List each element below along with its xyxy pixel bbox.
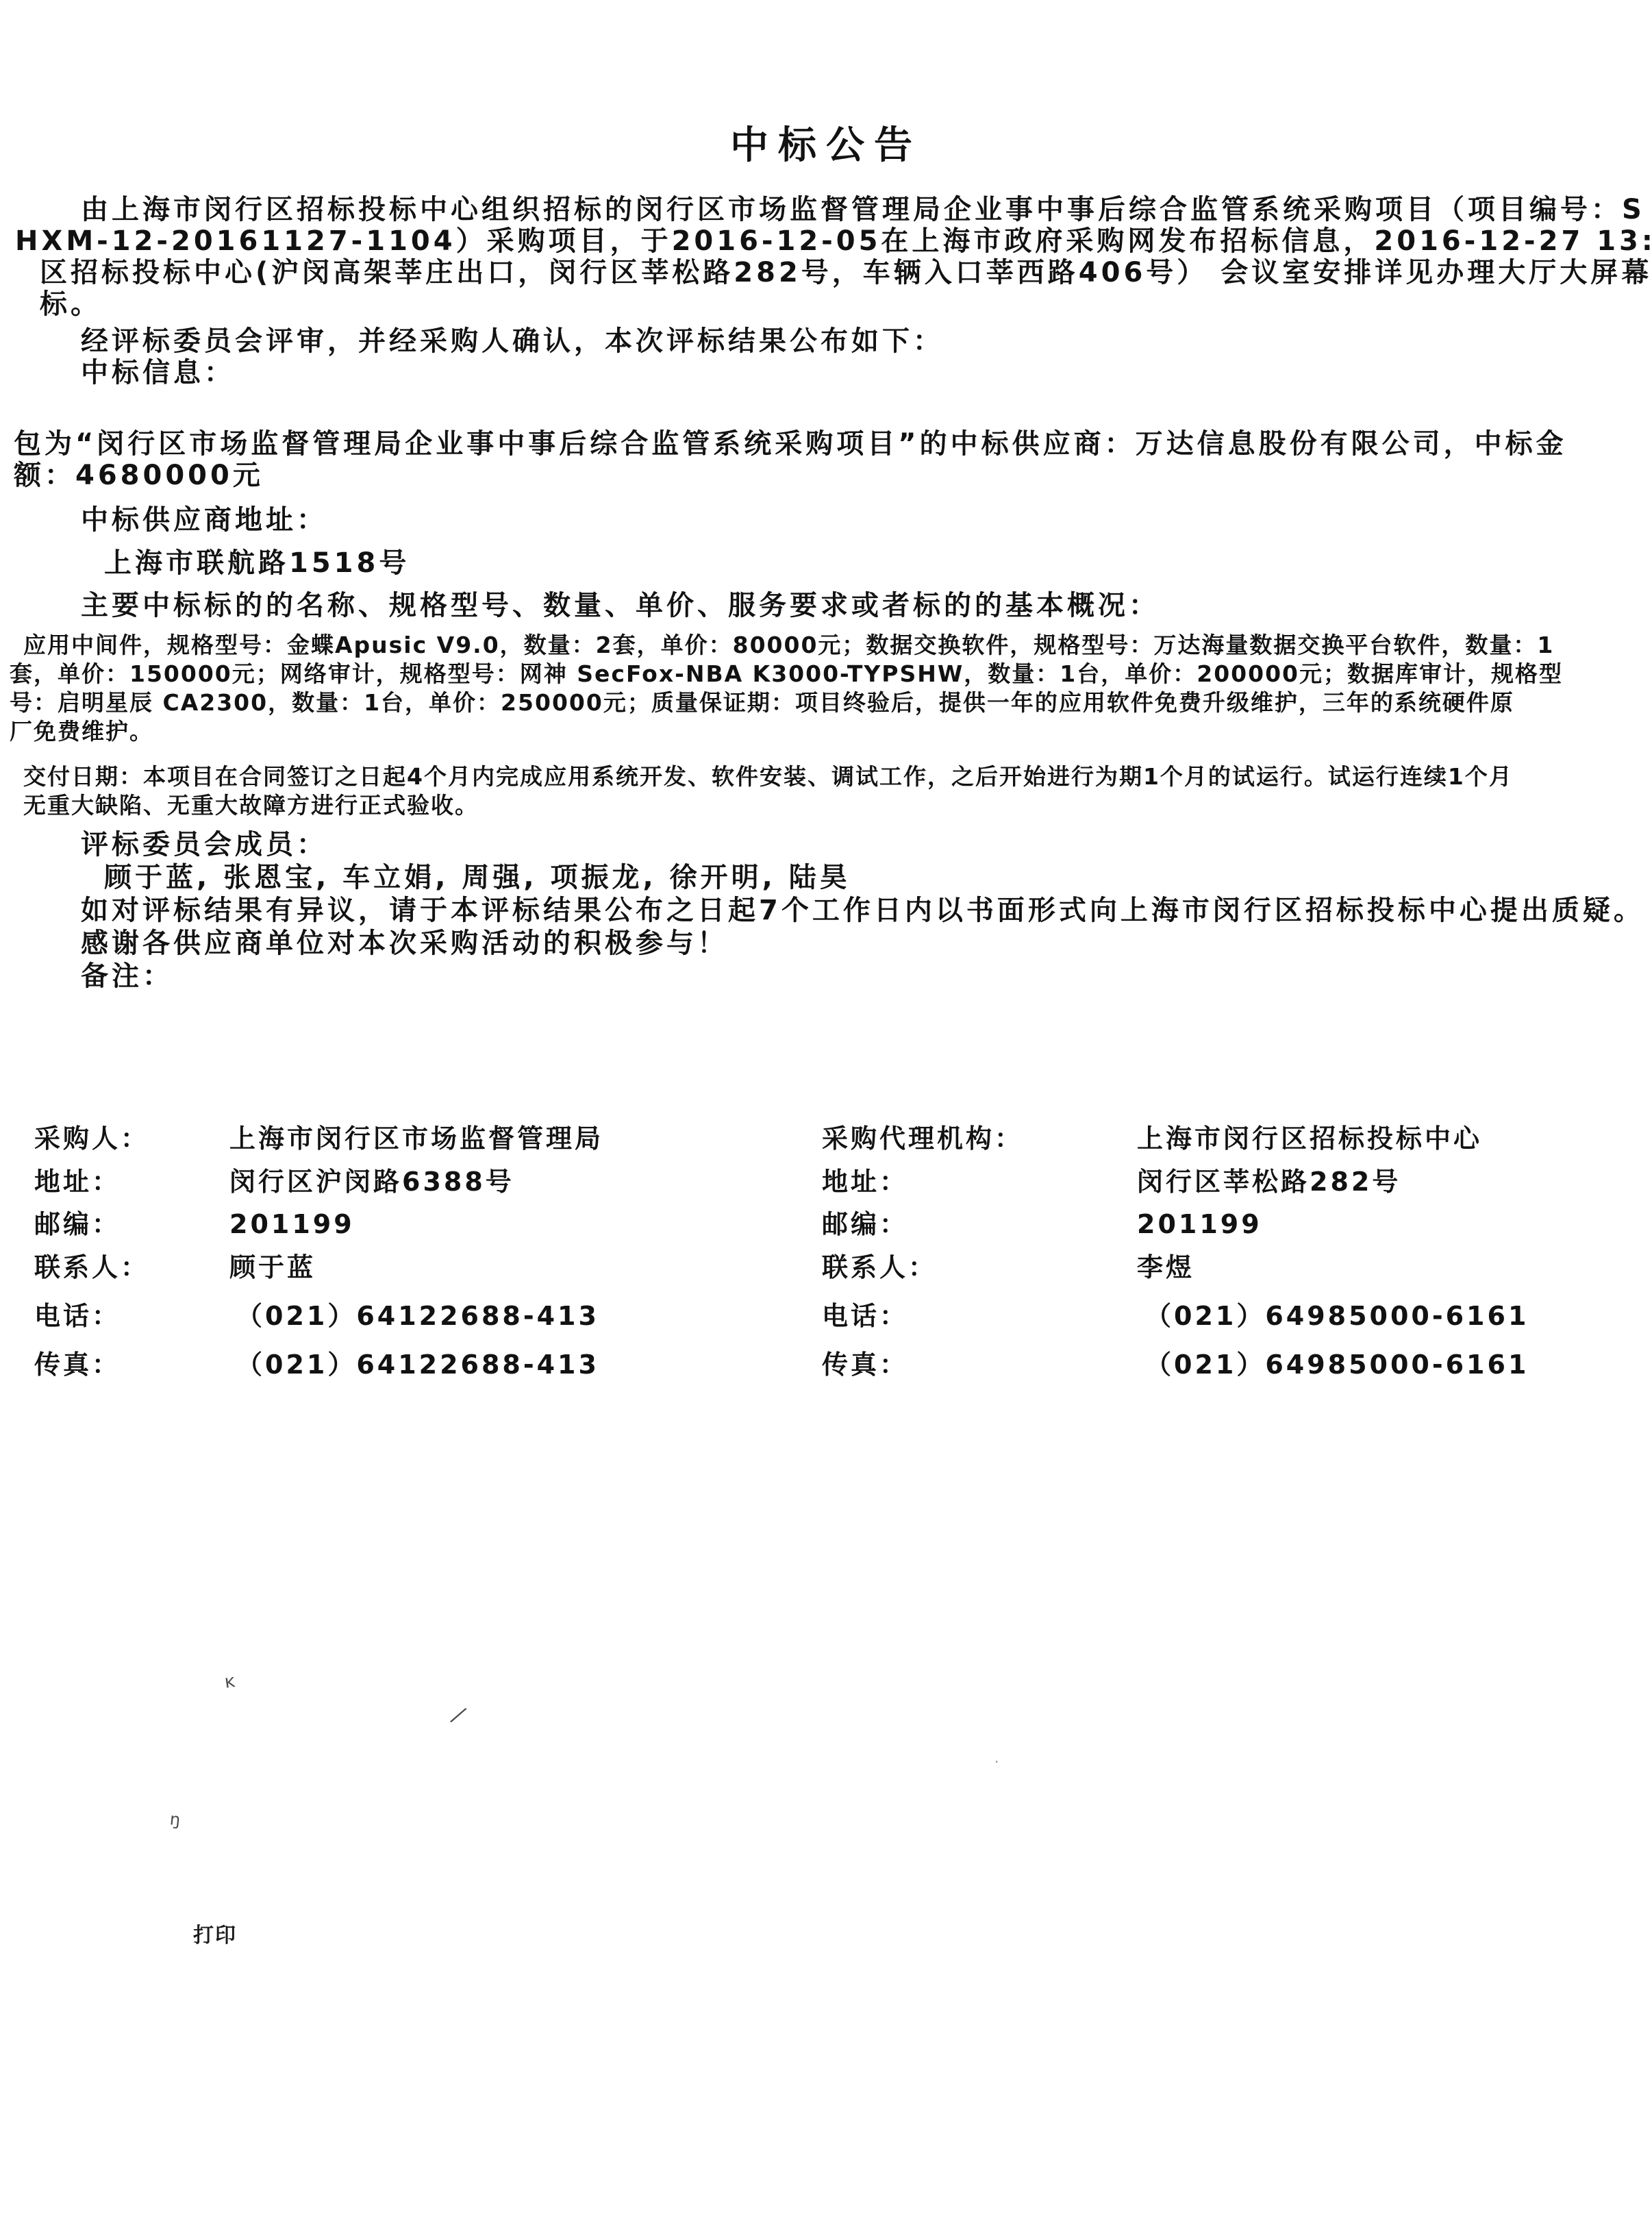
purchaser-label-zip: 邮编： [34,1211,121,1237]
purchaser-label-name: 采购人： [34,1126,149,1152]
review-line-1: 经评标委员会评审，并经采购人确认，本次评标结果公布如下： [81,327,944,355]
scan-artifact: ⁄ [453,1704,464,1728]
scan-artifact: ŋ [169,1811,182,1828]
items-line-1: 应用中间件，规格型号：金蝶Apusic V9.0，数量：2套，单价：80000元… [23,634,1554,656]
agency-label-contact: 联系人： [822,1254,937,1280]
review-line-2: 中标信息： [81,359,235,386]
agency-label-fax: 传真： [822,1352,908,1378]
scan-artifact: · [994,1755,999,1769]
intro-line-1: 由上海市闵行区招标投标中心组织招标的闵行区市场监督管理局企业事中事后综合监管系统… [81,196,1645,223]
agency-value-phone: （021）64985000-6161 [1145,1303,1529,1329]
agency-label-name: 采购代理机构： [822,1126,1023,1152]
thanks-line: 感谢各供应商单位对本次采购活动的积极参与！ [81,930,728,957]
agency-value-address: 闵行区莘松路282号 [1137,1169,1401,1195]
purchaser-value-zip: 201199 [229,1211,355,1237]
items-line-4: 厂免费维护。 [10,720,153,743]
award-items-heading: 主要中标标的的名称、规格型号、数量、单价、服务要求或者标的的基本概况： [81,592,1160,619]
purchaser-label-address: 地址： [34,1169,121,1195]
delivery-line-2: 无重大缺陷、无重大故障方进行正式验收。 [23,794,479,817]
award-line-2: 额：4680000元 [14,462,264,489]
committee-heading: 评标委员会成员： [81,831,327,858]
print-link[interactable]: 打印 [193,1918,237,1948]
agency-value-name: 上海市闵行区招标投标中心 [1137,1126,1482,1152]
agency-value-fax: （021）64985000-6161 [1145,1352,1529,1378]
purchaser-label-phone: 电话： [34,1303,121,1329]
agency-value-contact: 李煜 [1137,1254,1194,1280]
intro-line-4: 标。 [40,290,101,318]
items-line-2: 套，单价：150000元；网络审计，规格型号：网神 SecFox-NBA K30… [10,662,1563,685]
committee-members: 顾于蓝, 张恩宝, 车立娟, 周强, 项振龙, 徐开明, 陆昊 [104,864,851,891]
award-supplier-address-label: 中标供应商地址： [81,506,327,534]
purchaser-label-contact: 联系人： [34,1254,149,1280]
purchaser-value-contact: 顾于蓝 [229,1254,316,1280]
award-line-1: 包为“闵行区市场监督管理局企业事中事后综合监管系统采购项目”的中标供应商：万达信… [14,430,1567,458]
purchaser-value-address: 闵行区沪闵路6388号 [229,1169,514,1195]
purchaser-value-name: 上海市闵行区市场监督管理局 [229,1126,603,1152]
items-line-3: 号：启明星辰 CA2300，数量：1台，单价：250000元；质量保证期：项目终… [10,691,1514,714]
agency-label-zip: 邮编： [822,1211,908,1237]
intro-line-2: HXM-12-20161127-1104）采购项目，于2016-12-05在上海… [15,227,1652,255]
objection-line: 如对评标结果有异议，请于本评标结果公布之日起7个工作日内以书面形式向上海市闵行区… [81,897,1644,924]
award-supplier-address: 上海市联航路1518号 [104,549,410,577]
agency-value-zip: 201199 [1137,1211,1262,1237]
scanned-document-page: 中标公告 由上海市闵行区招标投标中心组织招标的闵行区市场监督管理局企业事中事后综… [0,0,1652,2236]
purchaser-label-fax: 传真： [34,1352,121,1378]
agency-label-phone: 电话： [822,1303,908,1329]
agency-label-address: 地址： [822,1169,908,1195]
scan-artifact: ĸ [223,1672,236,1691]
purchaser-value-fax: （021）64122688-413 [236,1352,599,1378]
remark-label: 备注： [81,962,173,990]
intro-line-3: 区招标投标中心(沪闵高架莘庄出口，闵行区莘松路282号，车辆入口莘西路406号）… [40,259,1652,286]
delivery-line-1: 交付日期：本项目在合同签订之日起4个月内完成应用系统开发、软件安装、调试工作，之… [23,765,1513,788]
purchaser-value-phone: （021）64122688-413 [236,1303,599,1329]
document-title: 中标公告 [0,115,1652,170]
